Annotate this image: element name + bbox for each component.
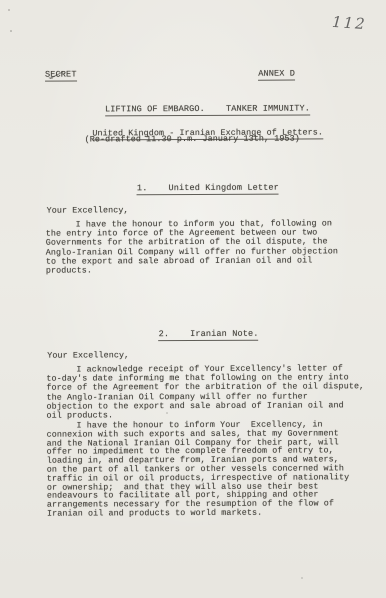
top-line: SECRET ANNEX D — [45, 70, 295, 82]
document-page: 112 SECRET ANNEX D LIFTING OF EMBARGO. T… — [0, 0, 386, 598]
section-2-salutation: Your Excellency, — [47, 351, 129, 361]
typed-content: SECRET ANNEX D LIFTING OF EMBARGO. TANKE… — [0, 0, 386, 598]
classification-label: SECRET — [45, 71, 77, 82]
section-1-paragraph: I have the honour to inform you that, fo… — [46, 219, 364, 276]
section-2-heading: 2. Iranian Note. — [159, 329, 259, 341]
draft-note: (Re-drafted 11.30 p.m. January 13th, 195… — [0, 134, 385, 145]
section-2-paragraph-1: I acknowledge receipt of Your Excellency… — [46, 364, 364, 421]
section-1-heading-line: 1. United Kingdom Letter — [0, 174, 386, 203]
section-1-heading: 1. United Kingdom Letter — [137, 183, 279, 196]
section-1-salutation: Your Excellency, — [47, 206, 129, 216]
annex-label: ANNEX D — [258, 70, 295, 81]
section-2-paragraph-2: I have the honour to inform Your Excelle… — [47, 420, 365, 518]
section-2-heading-line: 2. Iranian Note. — [0, 320, 386, 349]
document-title: LIFTING OF EMBARGO. TANKER IMMUNITY. — [105, 104, 310, 117]
